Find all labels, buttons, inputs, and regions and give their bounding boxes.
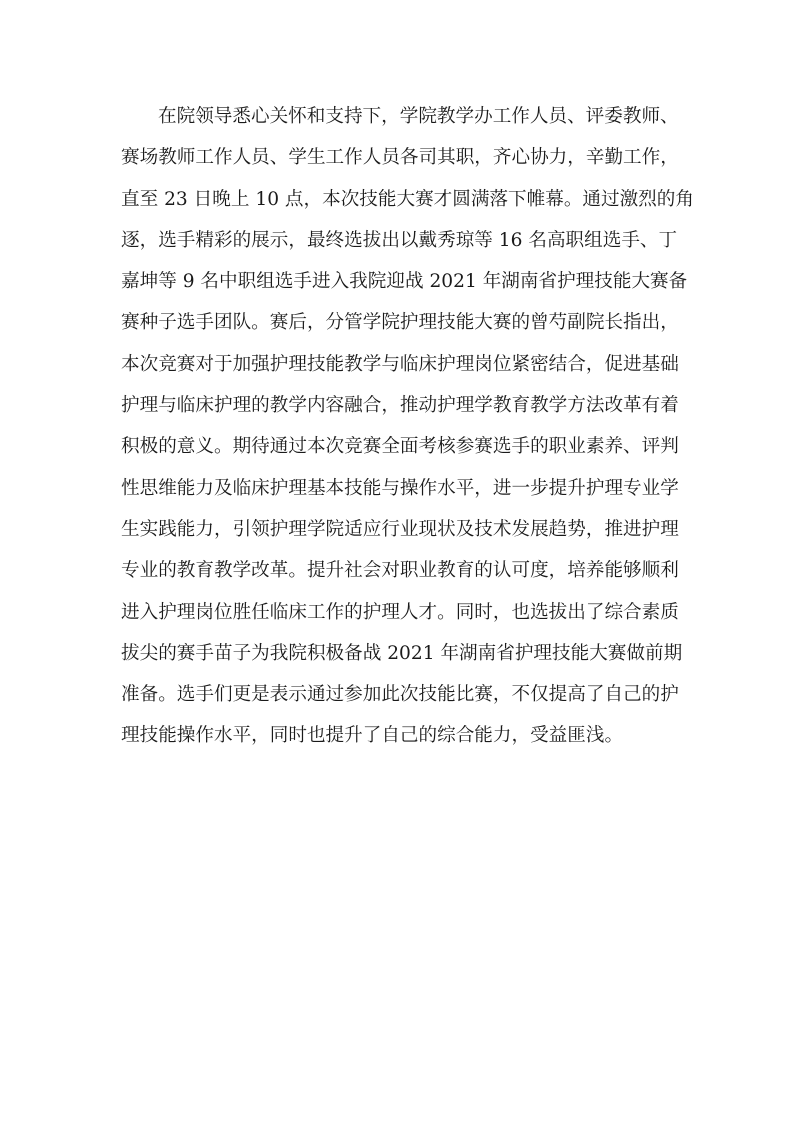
paragraph-line: 性思维能力及临床护理基本技能与操作水平，进一步提升护理专业学	[121, 472, 672, 513]
paragraph-line: 准备。选手们更是表示通过参加此次技能比赛，不仅提高了自己的护	[121, 678, 672, 719]
paragraph-line: 专业的教育教学改革。提升社会对职业教育的认可度，培养能够顺利	[121, 554, 672, 595]
paragraph-line: 赛种子选手团队。赛后，分管学院护理技能大赛的曾芍副院长指出，	[121, 306, 672, 347]
paragraph-line: 进入护理岗位胜任临床工作的护理人才。同时，也选拔出了综合素质	[121, 596, 672, 637]
paragraph-line: 赛场教师工作人员、学生工作人员各司其职，齐心协力，辛勤工作，	[121, 141, 672, 182]
paragraph-line: 护理与临床护理的教学内容融合，推动护理学教育教学方法改革有着	[121, 389, 672, 430]
paragraph-line: 直至 23 日晚上 10 点，本次技能大赛才圆满落下帷幕。通过激烈的角	[121, 183, 672, 224]
paragraph-line: 生实践能力，引领护理学院适应行业现状及技术发展趋势，推进护理	[121, 513, 672, 554]
body-paragraph: 在院领导悉心关怀和支持下，学院教学办工作人员、评委教师、 赛场教师工作人员、学生…	[121, 100, 681, 761]
paragraph-line: 逐，选手精彩的展示，最终选拔出以戴秀琼等 16 名高职组选手、丁	[121, 224, 672, 265]
paragraph-line: 积极的意义。期待通过本次竞赛全面考核参赛选手的职业素养、评判	[121, 430, 672, 471]
paragraph-line: 本次竞赛对于加强护理技能教学与临床护理岗位紧密结合，促进基础	[121, 348, 672, 389]
paragraph-line: 拔尖的赛手苗子为我院积极备战 2021 年湖南省护理技能大赛做前期	[121, 637, 672, 678]
paragraph-line: 嘉坤等 9 名中职组选手进入我院迎战 2021 年湖南省护理技能大赛备	[121, 265, 672, 306]
paragraph-line: 在院领导悉心关怀和支持下，学院教学办工作人员、评委教师、	[121, 100, 672, 141]
paragraph-line: 理技能操作水平，同时也提升了自己的综合能力，受益匪浅。	[121, 719, 672, 760]
document-page: 在院领导悉心关怀和支持下，学院教学办工作人员、评委教师、 赛场教师工作人员、学生…	[0, 0, 793, 1122]
